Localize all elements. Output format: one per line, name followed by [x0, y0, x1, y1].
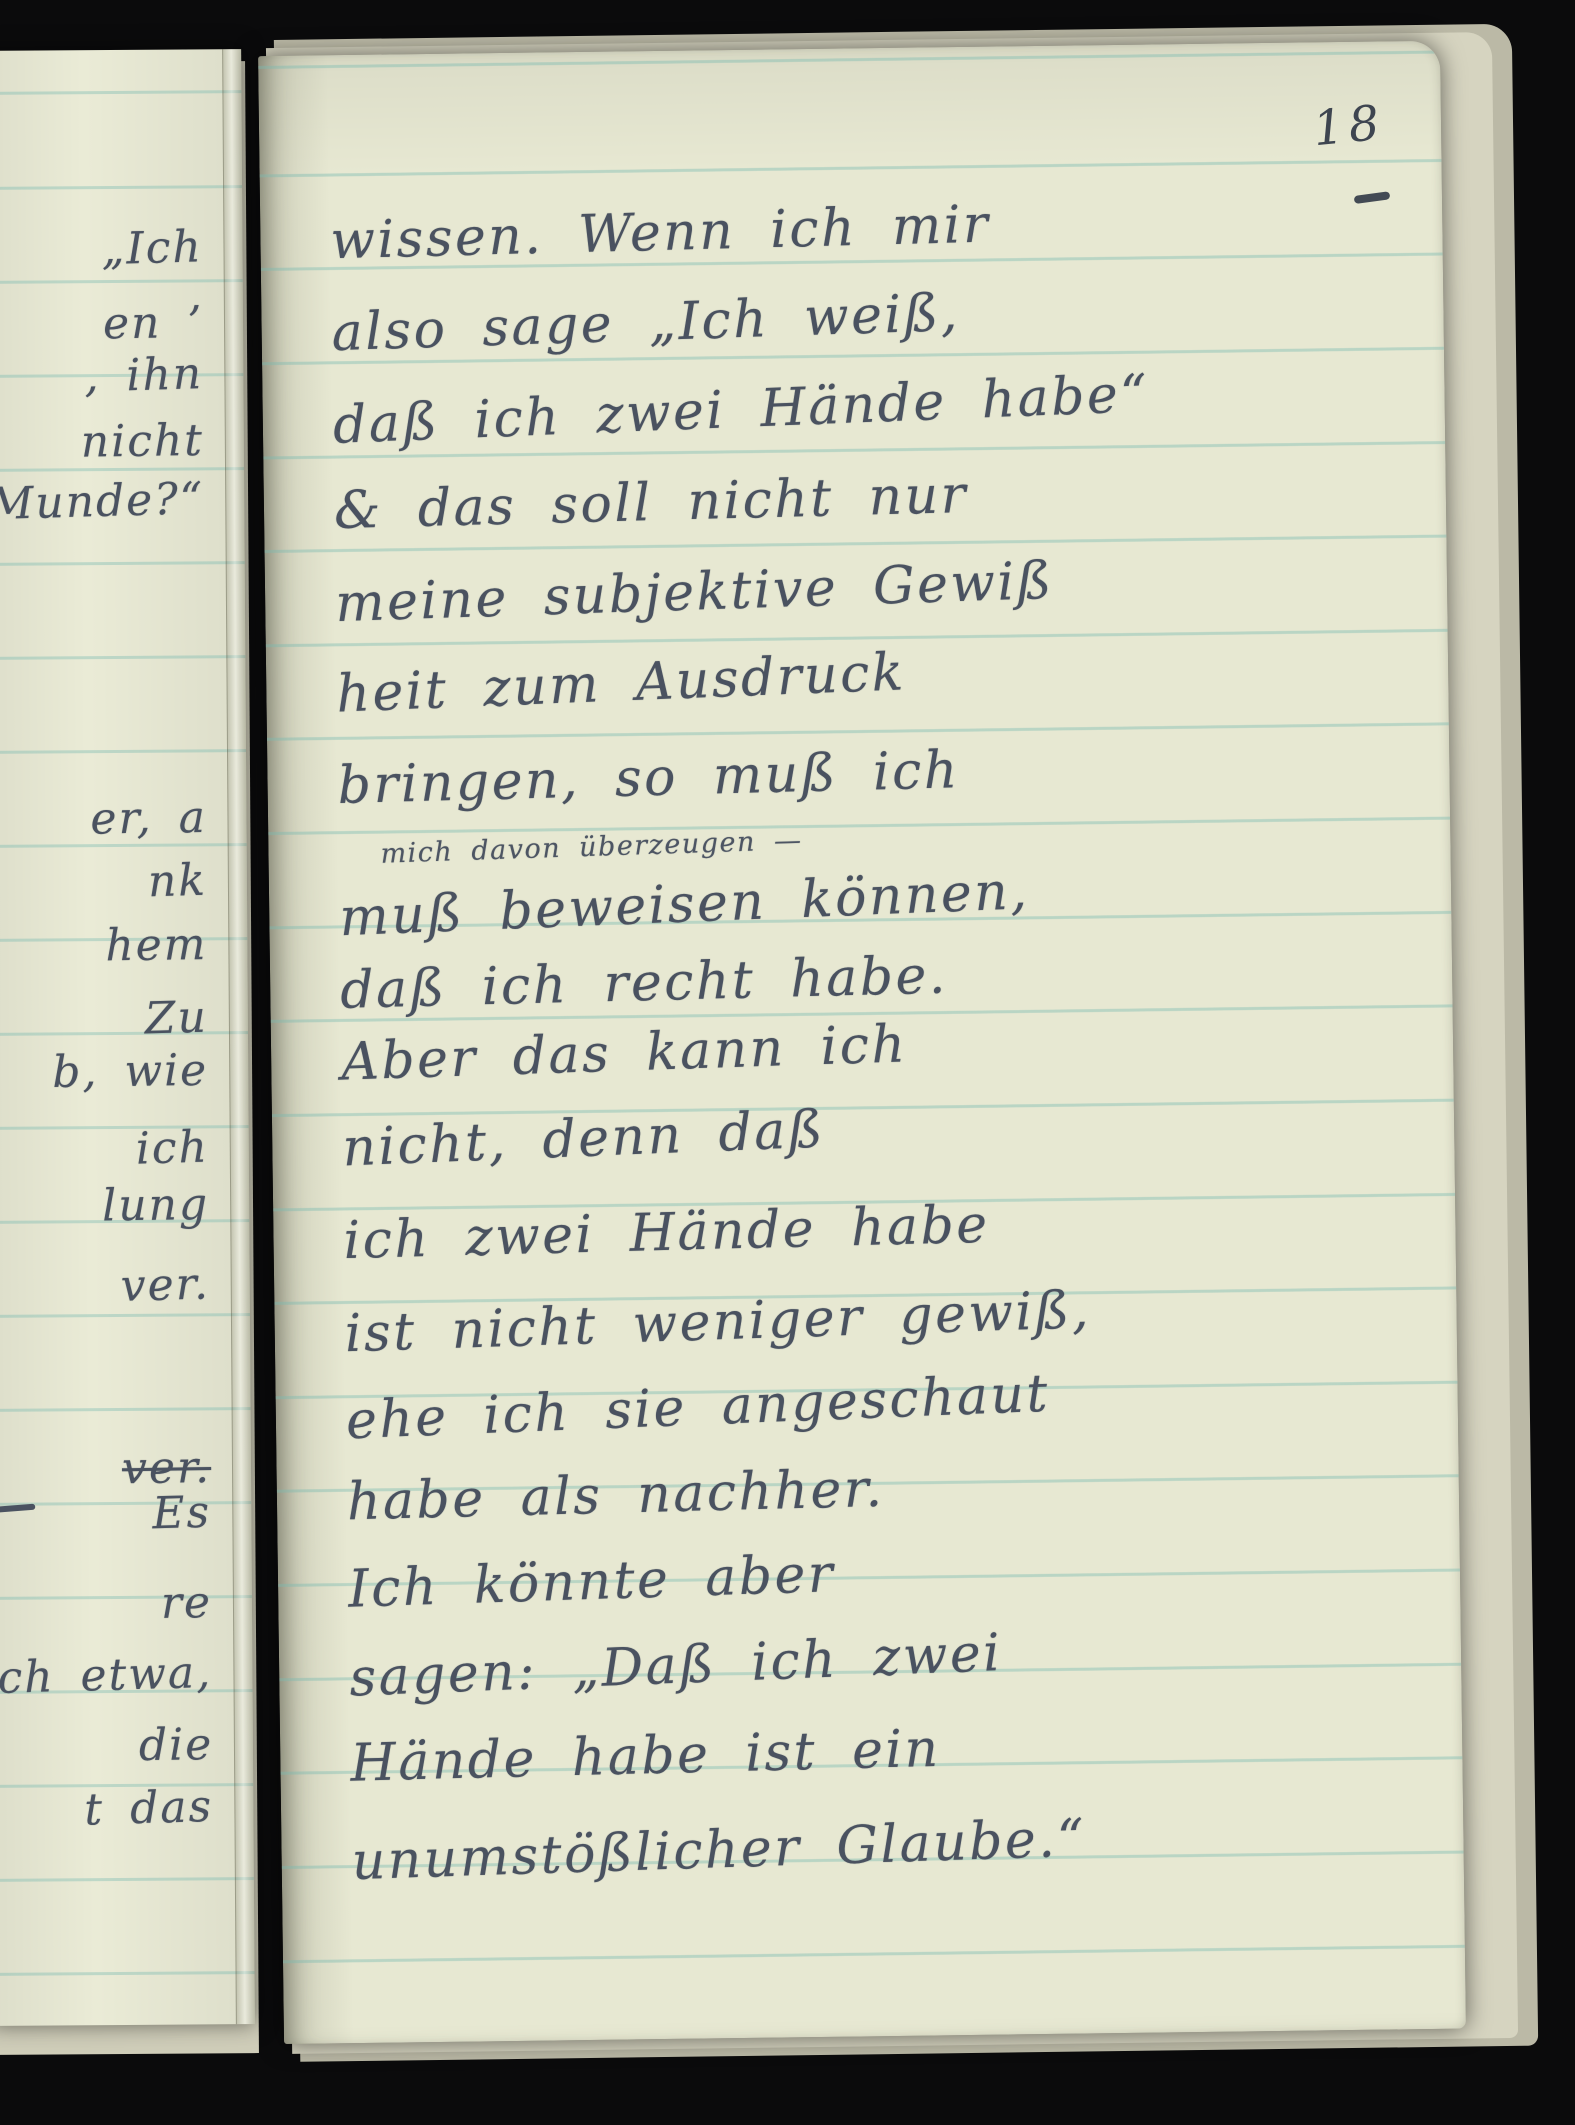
handwriting-fragment: Es	[152, 1487, 212, 1540]
handwriting-fragment: ver.	[120, 1258, 210, 1311]
left-page: „Ich en ’ , ihn nicht Munde?“ er, a nk h…	[0, 49, 255, 2026]
handwriting-fragment: t das	[84, 1781, 214, 1836]
handwriting-fragment: en ’	[102, 297, 203, 349]
handwriting-fragment: , ihn	[84, 348, 204, 402]
handwriting-fragment: re	[161, 1577, 213, 1629]
handwriting-fragment: hem	[105, 919, 208, 971]
handwriting-fragment: die	[138, 1719, 213, 1771]
notebook-photograph: „Ich en ’ , ihn nicht Munde?“ er, a nk h…	[0, 0, 1575, 2125]
handwriting-fragment: b, wie	[52, 1045, 209, 1098]
page-number: 18	[1310, 94, 1386, 157]
handwriting-fragment: ich etwa,	[0, 1647, 213, 1704]
handwriting-fragment: er, a	[90, 792, 207, 845]
right-page-group: 18 wissen. Wenn ich mir also sage „Ich w…	[258, 40, 1534, 2066]
handwriting-fragment: Munde?“	[0, 473, 205, 530]
handwriting-fragment: nicht	[80, 415, 204, 468]
handwriting-fragment: ich	[135, 1122, 209, 1175]
handwriting-fragment: lung	[102, 1179, 210, 1231]
handwriting-fragment: „Ich	[101, 221, 204, 275]
handwriting-fragment: nk	[147, 855, 207, 908]
handwriting-fragment: Zu	[144, 992, 208, 1045]
notebook-page: 18 wissen. Wenn ich mir also sage „Ich w…	[258, 41, 1466, 2044]
